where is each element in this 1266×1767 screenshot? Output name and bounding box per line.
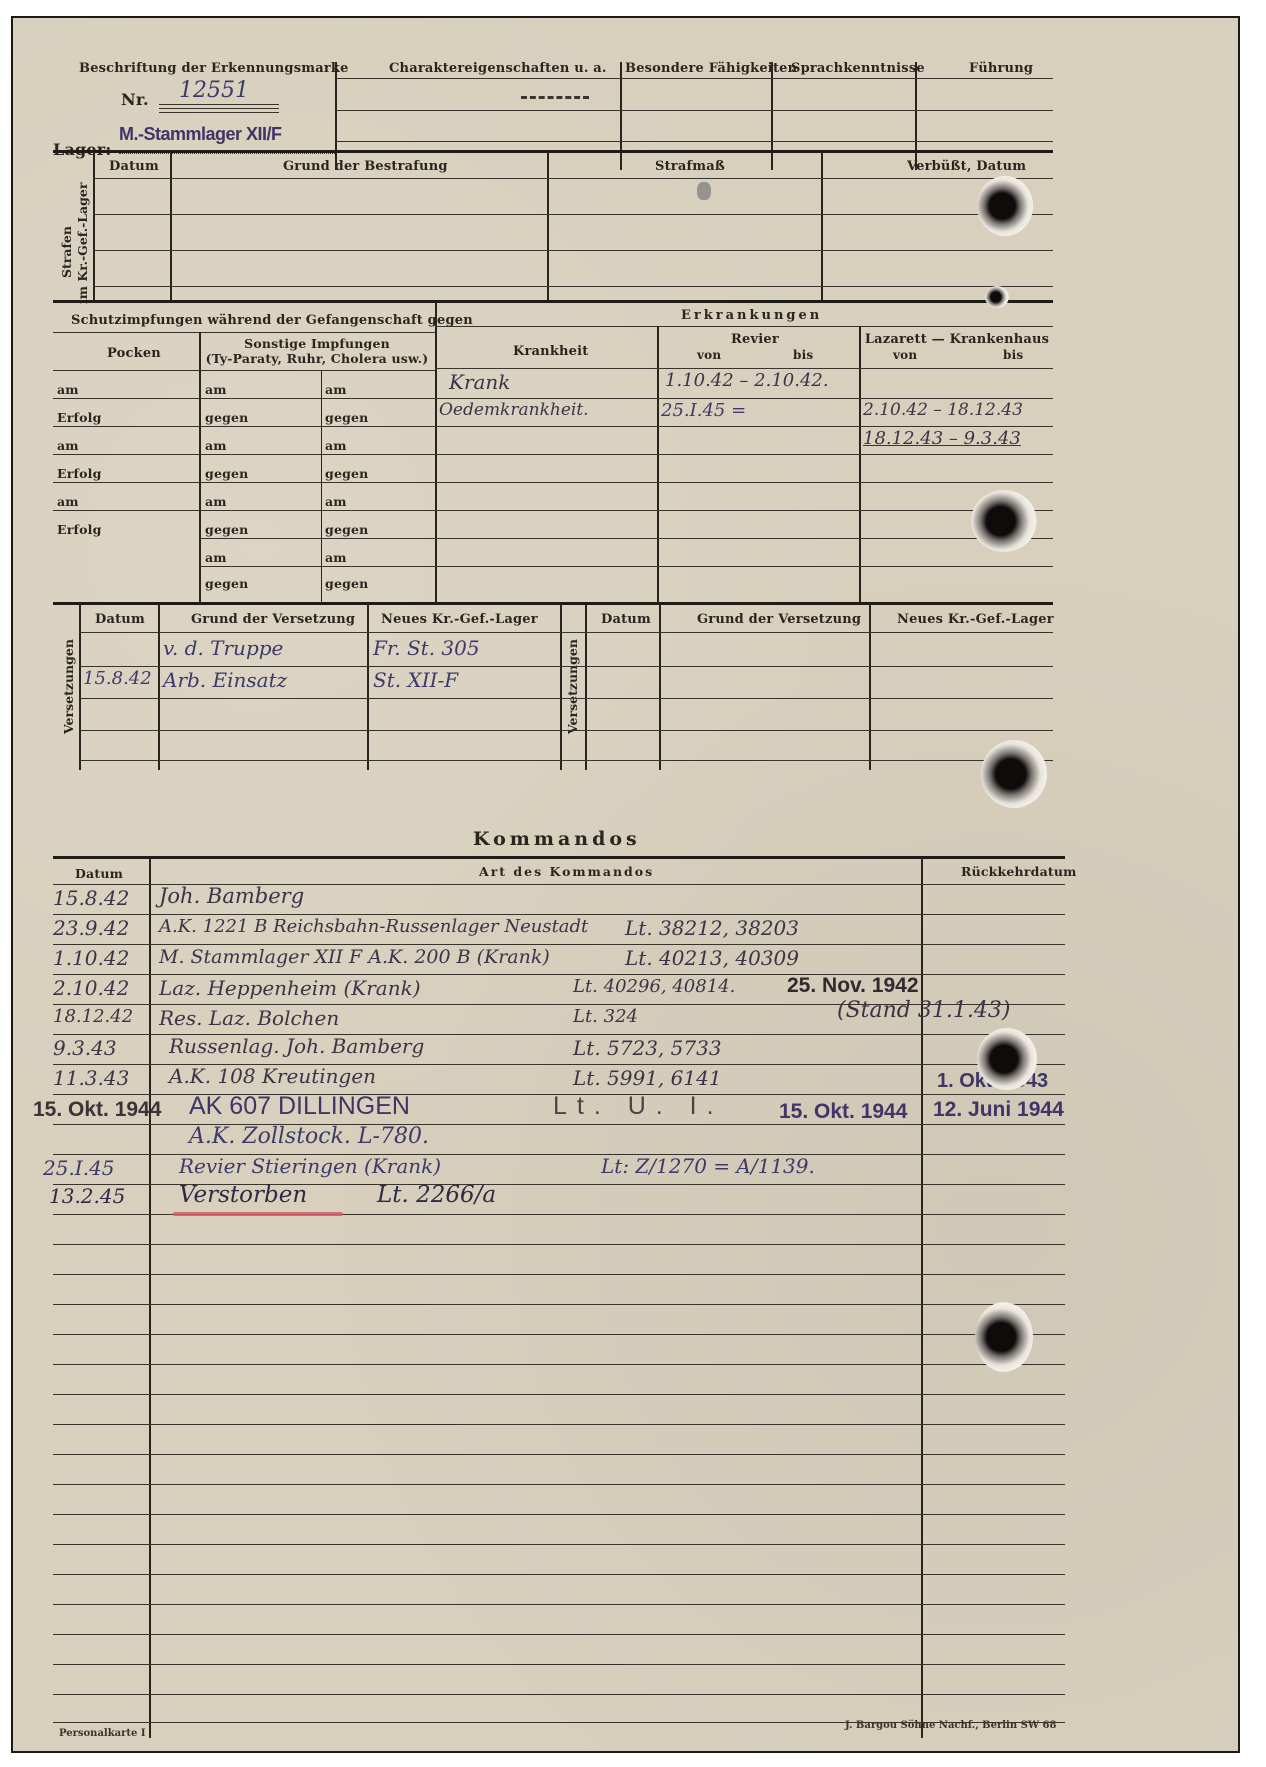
kom-ref: Lt. 38212, 38203 <box>625 916 799 940</box>
kom-date-stamp: 15. Okt. 1944 <box>779 1100 907 1124</box>
strafen-col-strafmass: Strafmaß <box>655 159 725 174</box>
lazarett-bis: bis <box>1003 348 1023 362</box>
hole-icon <box>971 490 1037 552</box>
kom-note: (Stand 31.1.43) <box>837 998 1010 1023</box>
kom-ref: Lt. 2266/a <box>377 1182 496 1208</box>
red-pencil-underline <box>173 1212 343 1216</box>
pocken-row: Erfolg <box>57 410 102 425</box>
form-name: Personalkarte I <box>59 1728 146 1739</box>
col-fuehrung: Führung <box>969 61 1033 76</box>
kom-art: Joh. Bamberg <box>159 884 304 908</box>
vers2-col-datum: Datum <box>601 612 651 627</box>
vers-datum-entry: 15.8.42 <box>83 668 152 689</box>
kom-datum-stamp: 15. Okt. 1944 <box>33 1098 161 1122</box>
sonstige-row: gegen <box>325 576 368 591</box>
sonstige-row: gegen <box>325 522 368 537</box>
vers2-col-grund: Grund der Versetzung <box>697 612 861 627</box>
hole-icon <box>985 286 1009 308</box>
pocken-row: am <box>57 494 79 509</box>
printer-imprint: J. Bargou Söhne Nachf., Berlin SW 68 <box>845 1720 1056 1731</box>
kom-art: A.K. Zollstock. L-780. <box>189 1124 429 1149</box>
pocken-row: Erfolg <box>57 466 102 481</box>
kom-art: Verstorben <box>179 1182 307 1208</box>
kom-datum: 18.12.42 <box>53 1006 133 1027</box>
impfungen-header: Schutzimpfungen während der Gefangenscha… <box>71 313 473 328</box>
col-krankheit: Krankheit <box>513 344 589 359</box>
pencil-mark <box>521 96 589 103</box>
sonstige-row: gegen <box>205 410 248 425</box>
vers2-col-lager: Neues Kr.-Gef.-Lager <box>897 612 1054 627</box>
kom-datum: 23.9.42 <box>53 916 129 940</box>
tag-number: 12551 <box>179 78 249 103</box>
kom-datum: 25.I.45 <box>43 1156 115 1180</box>
nr-label: Nr. <box>121 90 149 109</box>
col-lazarett: Lazarett — Krankenhaus <box>865 332 1049 347</box>
kom-art: A.K. 108 Kreutingen <box>169 1064 376 1088</box>
kom-datum: 15.8.42 <box>53 886 129 910</box>
revier-entry: 25.I.45 = <box>661 400 746 421</box>
krankheit-entry: Krank <box>449 370 510 394</box>
col-revier: Revier <box>731 332 779 347</box>
kom-art: M. Stammlager XII F A.K. 200 B (Krank) <box>159 946 550 968</box>
kom-art-stamp: AK 607 DILLINGEN <box>189 1092 410 1121</box>
vers-lager-entry: St. XII-F <box>373 668 458 692</box>
kom-ref: Lt. 5991, 6141 <box>573 1066 722 1090</box>
sonstige-row: gegen <box>325 410 368 425</box>
vers-grund-entry: Arb. Einsatz <box>163 668 287 692</box>
sonstige-row: am <box>205 494 227 509</box>
kom-ref: Lt. 40213, 40309 <box>625 946 799 970</box>
kom-datum: 9.3.43 <box>53 1036 117 1060</box>
pocken-row: am <box>57 382 79 397</box>
kom-col-art: Art des Kommandos <box>479 864 654 879</box>
kom-art: Laz. Heppenheim (Krank) <box>159 976 421 1000</box>
sonstige-row: gegen <box>205 576 248 591</box>
kom-col-datum: Datum <box>75 866 123 881</box>
kom-datum: 2.10.42 <box>53 976 129 1000</box>
strafen-col-verbuesst: Verbüßt, Datum <box>907 159 1026 174</box>
lazarett-von: von <box>893 348 917 362</box>
sonstige-row: am <box>325 494 347 509</box>
kom-datum: 11.3.43 <box>53 1066 129 1090</box>
sonstige-row: am <box>205 550 227 565</box>
lazarett-entry: 18.12.43 – 9.3.43 <box>863 428 1021 449</box>
pocken-row: Erfolg <box>57 522 102 537</box>
kom-col-rueckkehr: Rückkehrdatum <box>961 864 1077 879</box>
kom-art: A.K. 1221 B Reichsbahn-Russenlager Neust… <box>159 916 588 937</box>
kom-art: Res. Laz. Bolchen <box>159 1006 339 1030</box>
kom-datum: 13.2.45 <box>49 1184 125 1208</box>
kom-date-stamp: 25. Nov. 1942 <box>787 974 919 998</box>
strafen-col-grund: Grund der Bestrafung <box>283 159 448 174</box>
kom-ref: Lt. 40296, 40814. <box>573 976 735 997</box>
vers-grund-entry: v. d. Truppe <box>163 636 283 660</box>
personal-card: Beschriftung der Erkennungsmarke Nr. 125… <box>11 16 1240 1753</box>
hole-icon <box>975 1302 1033 1372</box>
versetzungen-side-label-right: Versetzungen <box>565 639 580 734</box>
pocken-row: am <box>57 438 79 453</box>
sonstige-row: gegen <box>325 466 368 481</box>
erkrankungen-header: Erkrankungen <box>681 308 822 323</box>
sonstige-row: am <box>205 382 227 397</box>
strafen-side-label: Strafen <box>59 226 74 278</box>
kom-art: Russenlag. Joh. Bamberg <box>169 1034 424 1058</box>
kom-ref: Lt. 5723, 5733 <box>573 1036 722 1060</box>
sonstige-row: am <box>205 438 227 453</box>
sonstige-row: am <box>325 550 347 565</box>
sonstige-row: am <box>325 382 347 397</box>
kom-art: Revier Stieringen (Krank) <box>179 1154 441 1178</box>
sonstige-row: am <box>325 438 347 453</box>
hole-icon <box>977 1028 1037 1090</box>
versetzungen-side-label-left: Versetzungen <box>61 639 76 734</box>
kom-ref: Lt. 324 <box>573 1006 638 1027</box>
kom-ref-stamp: Lt. U. I. <box>553 1092 724 1121</box>
col-charakter: Charaktereigenschaften u. a. <box>389 61 607 76</box>
revier-entry: 1.10.42 – 2.10.42. <box>665 370 829 391</box>
strafen-col-datum: Datum <box>109 159 159 174</box>
vers-lager-entry: Fr. St. 305 <box>373 636 480 660</box>
vers-col-lager: Neues Kr.-Gef.-Lager <box>381 612 538 627</box>
col-sonstige: Sonstige Impfungen (Ty-Paraty, Ruhr, Cho… <box>206 336 429 366</box>
hole-icon <box>977 176 1033 236</box>
revier-bis: bis <box>793 348 813 362</box>
revier-von: von <box>697 348 721 362</box>
ink-blot <box>697 182 711 200</box>
col-pocken: Pocken <box>107 346 161 361</box>
hole-icon <box>981 740 1047 808</box>
kom-datum: 1.10.42 <box>53 946 129 970</box>
kom-rueckkehr: 12. Juni 1944 <box>933 1098 1064 1122</box>
vers-col-grund: Grund der Versetzung <box>191 612 355 627</box>
tag-header: Beschriftung der Erkennungsmarke <box>79 61 349 76</box>
vers-col-datum: Datum <box>95 612 145 627</box>
krankheit-entry: Oedemkrankheit. <box>439 400 589 420</box>
sonstige-row: gegen <box>205 522 248 537</box>
strafen-side-label-2: im Kr.-Gef.-Lager <box>75 183 90 304</box>
sonstige-row: gegen <box>205 466 248 481</box>
kommandos-title: Kommandos <box>473 828 641 850</box>
col-sprachen: Sprachkenntnisse <box>791 61 925 76</box>
lazarett-entry: 2.10.42 – 18.12.43 <box>863 400 1023 420</box>
lager-stamp: M.-Stammlager XII/F <box>119 124 282 145</box>
kom-ref: Lt: Z/1270 = A/1139. <box>601 1154 815 1178</box>
